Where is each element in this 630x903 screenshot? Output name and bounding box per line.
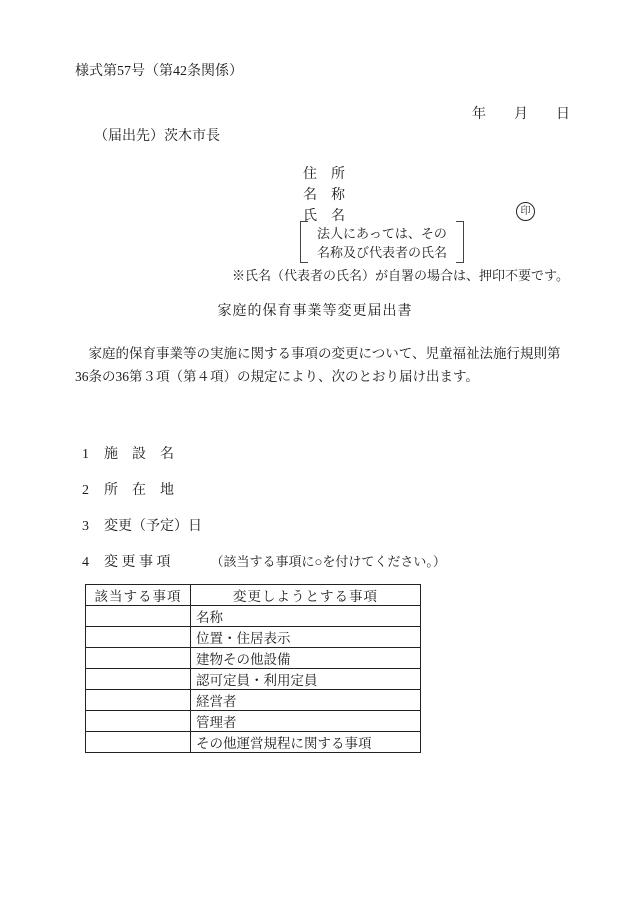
bracket-right <box>456 221 464 263</box>
change-item-cell: 名称 <box>191 606 421 627</box>
signature-note: ※氏名（代表者の氏名）が自署の場合は、押印不要です。 <box>232 265 569 284</box>
body-paragraph-line2: 36条の36第３項（第４項）の規定により、次のとおり届け出ます。 <box>75 366 563 389</box>
applicable-mark-cell <box>86 732 191 753</box>
applicant-block: 住 所 名 称 氏 名 <box>303 164 345 227</box>
table-row: その他運営規程に関する事項 <box>86 732 421 753</box>
change-item-cell: 認可定員・利用定員 <box>191 669 421 690</box>
item-location: 2所 在 地 <box>82 479 174 499</box>
item-change-date: 3変更（予定）日 <box>82 515 202 535</box>
document-title: 家庭的保育事業等変更届出書 <box>0 300 630 320</box>
table-row: 管理者 <box>86 711 421 732</box>
item-change-matters: 4変 更 事 項（該当する事項に○を付けてください。） <box>82 551 446 571</box>
table-row: 建物その他設備 <box>86 648 421 669</box>
date-month-label: 月 <box>514 103 528 123</box>
body-paragraph-line1: 家庭的保育事業等の実施に関する事項の変更について、児童福祉法施行規則第 <box>75 343 563 366</box>
applicable-mark-cell <box>86 711 191 732</box>
item-label: 所 在 地 <box>104 483 174 498</box>
table-header-row: 該当する事項 変更しようとする事項 <box>86 585 421 606</box>
body-paragraph: 家庭的保育事業等の実施に関する事項の変更について、児童福祉法施行規則第 36条の… <box>75 343 563 388</box>
bracket-left <box>300 221 308 263</box>
seal-icon: 印 <box>516 202 535 221</box>
date-day-label: 日 <box>556 103 570 123</box>
corporate-note-bracket: 法人にあっては、その 名称及び代表者の氏名 <box>300 221 464 263</box>
applicable-mark-cell <box>86 606 191 627</box>
form-number: 様式第57号（第42条関係） <box>75 60 243 80</box>
change-items-table: 該当する事項 変更しようとする事項 名称 位置・住居表示 建物その他設備 認可定… <box>85 584 421 753</box>
applicable-mark-cell <box>86 690 191 711</box>
seal-character: 印 <box>521 207 531 217</box>
change-item-cell: 管理者 <box>191 711 421 732</box>
corporate-note-line1: 法人にあっては、その <box>317 224 447 243</box>
table-row: 名称 <box>86 606 421 627</box>
table-row: 経営者 <box>86 690 421 711</box>
document-page: 様式第57号（第42条関係） 年 月 日 （届出先）茨木市長 住 所 名 称 氏… <box>0 0 630 903</box>
change-item-cell: 位置・住居表示 <box>191 627 421 648</box>
address-label: 住 所 <box>303 164 345 185</box>
change-item-cell: その他運営規程に関する事項 <box>191 732 421 753</box>
item-number: 4 <box>82 555 104 571</box>
applicable-mark-cell <box>86 669 191 690</box>
item-note: （該当する事項に○を付けてください。） <box>211 554 446 569</box>
item-label: 変更（予定）日 <box>104 519 202 534</box>
item-label: 施 設 名 <box>104 447 174 462</box>
name-label: 名 称 <box>303 185 345 206</box>
applicable-mark-cell <box>86 627 191 648</box>
item-facility-name: 1施 設 名 <box>82 443 174 463</box>
change-item-cell: 建物その他設備 <box>191 648 421 669</box>
corporate-note-text: 法人にあっては、その 名称及び代表者の氏名 <box>308 221 456 263</box>
item-number: 3 <box>82 519 104 535</box>
table-row: 認可定員・利用定員 <box>86 669 421 690</box>
date-line: 年 月 日 <box>472 103 570 123</box>
date-year-label: 年 <box>472 103 486 123</box>
applicable-mark-cell <box>86 648 191 669</box>
item-label: 変 更 事 項 <box>104 555 171 570</box>
addressee-line: （届出先）茨木市長 <box>94 125 220 145</box>
change-item-cell: 経営者 <box>191 690 421 711</box>
corporate-note-line2: 名称及び代表者の氏名 <box>317 243 447 262</box>
item-number: 2 <box>82 483 104 499</box>
col-header-change-item: 変更しようとする事項 <box>191 585 421 606</box>
col-header-applicable: 該当する事項 <box>86 585 191 606</box>
table-row: 位置・住居表示 <box>86 627 421 648</box>
item-number: 1 <box>82 447 104 463</box>
